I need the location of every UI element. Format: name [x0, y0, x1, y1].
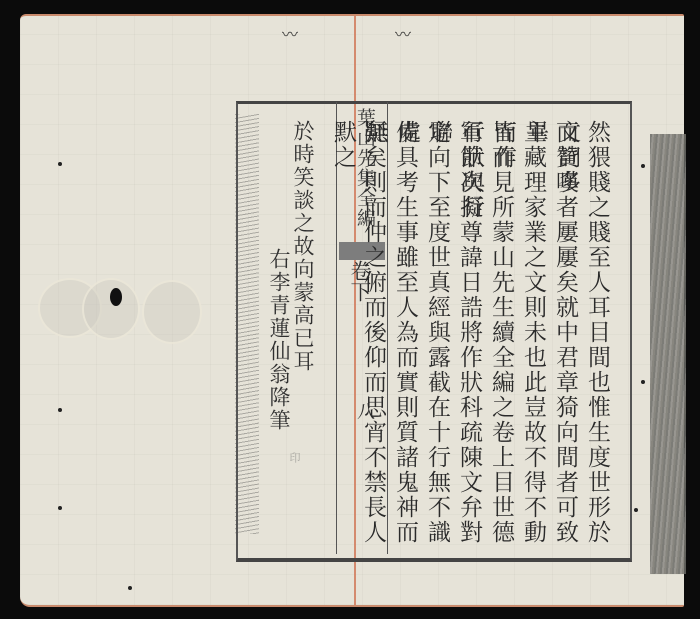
stitch-mark [58, 506, 62, 510]
stitch-mark [58, 408, 62, 412]
stitch-mark [128, 586, 132, 590]
main-text-block: 然猥賤之賤至人耳目間也惟生度世形於文詞多 而贊嘆者屢屢矣就中君章猗向間者可致畢 … [350, 120, 612, 560]
paper-stain [142, 280, 202, 344]
paper-hole [110, 288, 122, 306]
left-text-block: 於時笑談之故向蒙高已耳 右李青蓮仙翁降筆 [246, 120, 316, 540]
stitch-mark [58, 162, 62, 166]
dark-margin-strip [650, 134, 686, 574]
top-mark-left: 〰 [282, 22, 298, 45]
faint-seal-mark: 印 [286, 452, 302, 463]
paper-stain [82, 278, 140, 340]
stitch-mark [641, 380, 645, 384]
text-column: 疑矣則而仲之俯而後仰而思宵不禁長人默之 [328, 120, 388, 560]
stitch-mark [641, 164, 645, 168]
attribution-line: 右李青蓮仙翁降筆 [264, 248, 294, 432]
top-mark-right: 〰 [395, 22, 411, 45]
stitch-mark [634, 508, 638, 512]
